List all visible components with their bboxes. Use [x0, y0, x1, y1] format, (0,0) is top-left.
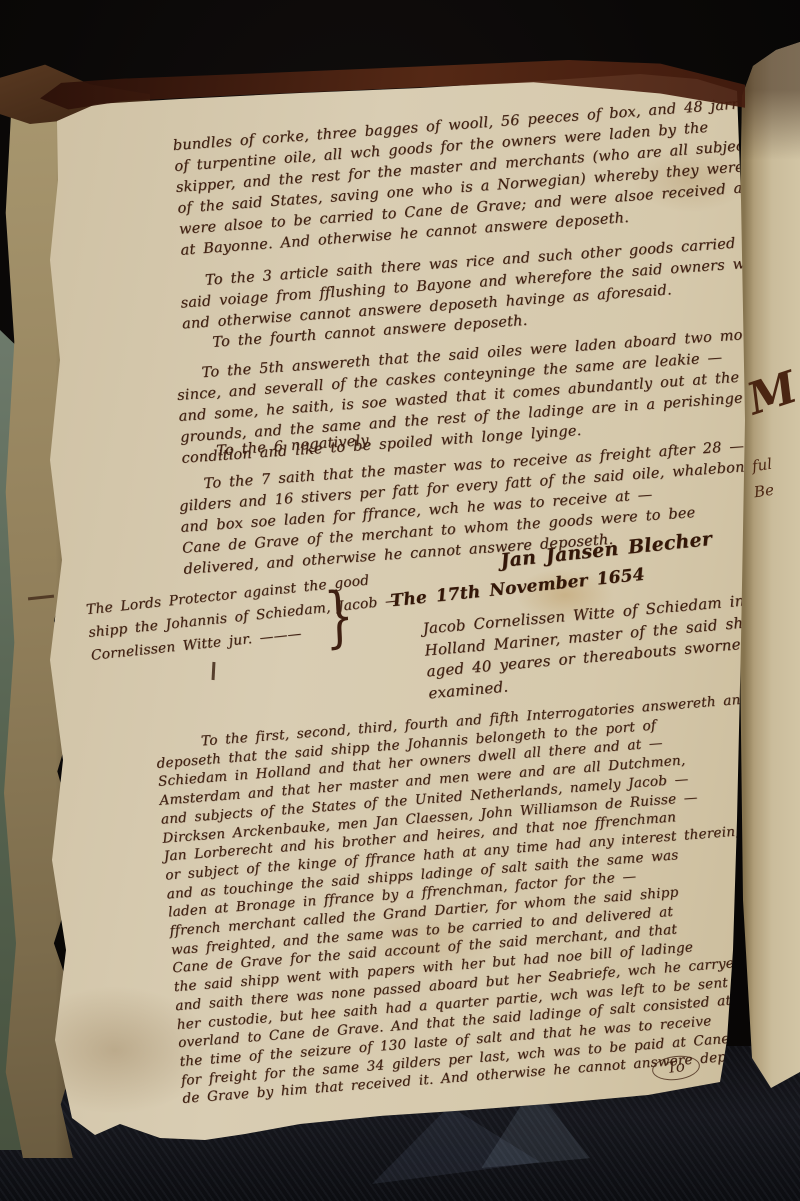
ink-fragment: M — [742, 362, 800, 426]
ink-stroke-mark — [212, 662, 216, 680]
interrogatories-answer-paragraph: To the first, second, third, fourth and … — [155, 689, 794, 1109]
ink-fragment: Be — [753, 481, 775, 502]
margin-note-brace: } — [322, 577, 355, 657]
deponent-introduction: Jacob Cornelissen Witte of Schiedam inHo… — [422, 590, 763, 705]
ink-fragment: ful — [751, 455, 773, 476]
manuscript-page: bundles of corke, three bagges of wooll,… — [0, 0, 800, 1201]
facing-page-ink-fragments: M ful Be — [742, 360, 800, 530]
margin-case-note: The Lords Protector against the goodship… — [85, 573, 341, 668]
manuscript-photo: bundles of corke, three bagges of wooll,… — [0, 0, 800, 1201]
